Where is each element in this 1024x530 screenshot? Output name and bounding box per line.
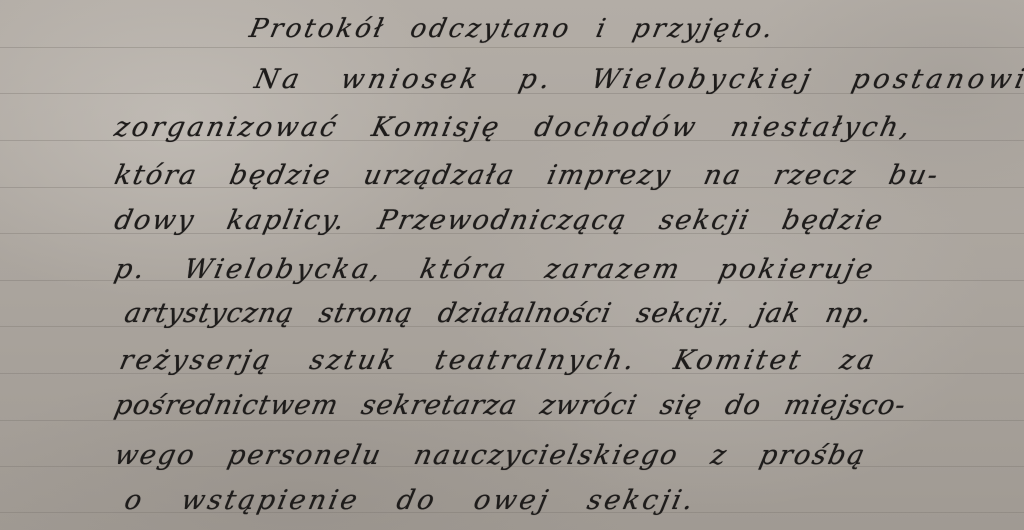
handwritten-line: dowy kaplicy. Przewodniczącą sekcji będz…	[112, 205, 888, 236]
handwritten-line: pośrednictwem sekretarza zwróci się do m…	[112, 390, 909, 421]
ruled-line	[0, 47, 1024, 48]
handwritten-line: wego personelu nauczycielskiego z prośbą	[112, 440, 869, 471]
handwritten-line-heading: Protokół odczytano i przyjęto.	[247, 14, 778, 44]
handwritten-line: Na wniosek p. Wielobyckiej postanowiono	[252, 64, 1024, 95]
handwritten-line: p. Wielobycka, która zarazem pokieruje	[112, 254, 879, 285]
handwritten-line: która będzie urządzała imprezy na rzecz …	[112, 160, 943, 191]
handwritten-line: artystyczną stroną działalności sekcji, …	[122, 298, 876, 329]
manuscript-page: Protokół odczytano i przyjęto. Na wniose…	[0, 0, 1024, 530]
handwritten-line: o wstąpienie do owej sekcji.	[122, 485, 699, 516]
handwritten-line: zorganizować Komisję dochodów niestałych…	[112, 112, 916, 143]
handwritten-line: reżyserją sztuk teatralnych. Komitet za	[117, 345, 880, 376]
